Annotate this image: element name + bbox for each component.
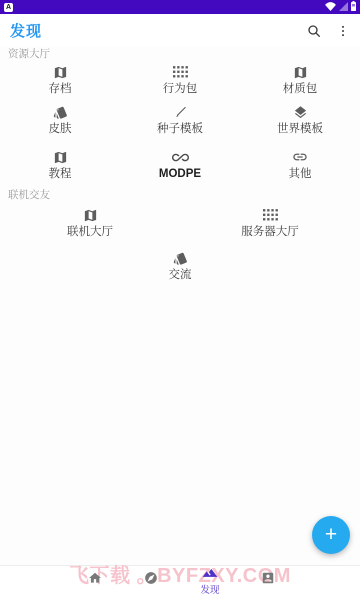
apps-grid-icon (263, 207, 278, 223)
compass-icon (144, 571, 158, 590)
section-label-resource-hall: 资源大厅 (8, 46, 50, 61)
grid-item-chat[interactable]: 交流 (0, 250, 360, 283)
nav-item-discover-active[interactable]: 发现 (188, 567, 232, 596)
grid-item-label: 联机大厅 (67, 226, 113, 240)
notification-app-icon: A (4, 3, 13, 12)
grid-item-label: 服务器大厅 (241, 226, 299, 240)
app-screen: A 发现 资源大厅 存档 行 (0, 0, 360, 600)
status-bar: A (0, 0, 360, 14)
grid-item-label: 材质包 (283, 83, 318, 97)
grid-item-skin[interactable]: 皮肤 (0, 104, 120, 137)
nav-item-home[interactable] (73, 571, 117, 590)
grid-item-seed-template[interactable]: 种子模板 (120, 104, 240, 137)
style-icon (53, 104, 68, 120)
grid-item-label: 其他 (289, 168, 312, 182)
infinity-icon (172, 149, 189, 165)
grid-item-online-hall[interactable]: 联机大厅 (0, 207, 180, 240)
nav-item-profile[interactable] (246, 571, 290, 590)
battery-icon (351, 0, 356, 16)
grid-item-label: 教程 (49, 168, 72, 182)
brush-icon (173, 104, 188, 120)
grid-item-tutorial[interactable]: 教程 (0, 149, 120, 182)
bottom-nav-bar (0, 565, 360, 600)
grid-item-label: 存档 (49, 83, 72, 97)
map-icon (83, 207, 98, 223)
nav-item-explore[interactable] (129, 571, 173, 590)
home-icon (88, 571, 102, 590)
search-icon[interactable] (306, 23, 322, 39)
map-icon (53, 149, 68, 165)
link-icon (292, 149, 308, 165)
terrain-icon (202, 567, 218, 585)
grid-item-label: 行为包 (163, 83, 198, 97)
map-icon (293, 64, 308, 80)
apps-grid-icon (173, 64, 188, 80)
grid-item-server-hall[interactable]: 服务器大厅 (180, 207, 360, 240)
grid-item-world-template[interactable]: 世界模板 (240, 104, 360, 137)
status-icons (325, 0, 356, 16)
map-icon (53, 64, 68, 80)
grid-item-behavior-pack[interactable]: 行为包 (120, 64, 240, 97)
wifi-icon (325, 0, 336, 16)
style-icon (173, 250, 188, 266)
cell-signal-icon (339, 0, 348, 16)
page-title: 发现 (10, 20, 42, 41)
grid-item-label: 种子模板 (157, 123, 203, 137)
grid-item-label: 皮肤 (49, 123, 72, 137)
grid-item-label: 交流 (169, 269, 192, 283)
section-label-online-friends: 联机交友 (8, 187, 50, 202)
grid-item-archive[interactable]: 存档 (0, 64, 120, 97)
overflow-menu-icon[interactable] (336, 23, 350, 39)
grid-item-texture-pack[interactable]: 材质包 (240, 64, 360, 97)
plus-icon: + (325, 524, 337, 545)
grid-item-other[interactable]: 其他 (240, 149, 360, 182)
nav-item-label: 发现 (200, 586, 219, 596)
grid-item-modpe[interactable]: MODPE (120, 149, 240, 182)
app-bar: 发现 (0, 14, 360, 47)
account-box-icon (261, 571, 275, 590)
layers-icon (293, 104, 308, 120)
grid-item-label: 世界模板 (277, 123, 323, 137)
grid-item-label: MODPE (159, 168, 201, 182)
add-fab-button[interactable]: + (312, 516, 350, 554)
